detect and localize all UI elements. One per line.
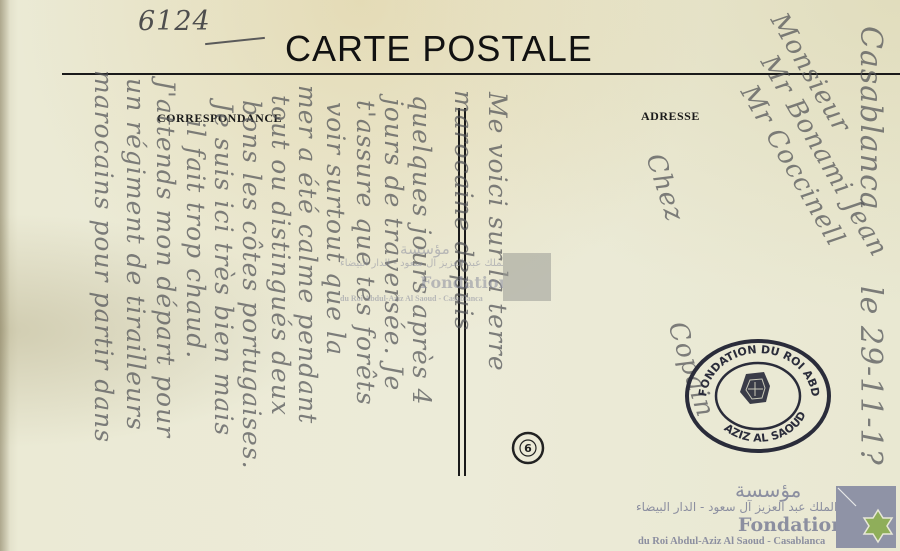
card-title: CARTE POSTALE xyxy=(285,28,593,70)
handwritten-address-line: Chez xyxy=(639,150,689,226)
handwritten-line: J'attends mon départ pour xyxy=(151,80,180,438)
postcard: 6124 CARTE POSTALE CORRESPONDANCE ADRESS… xyxy=(0,0,900,551)
handwritten-line: Me voici sur la terre xyxy=(483,92,512,372)
handwritten-line: t'assure que tes forêts xyxy=(351,100,380,406)
handwritten-line: un régiment de tirailleurs xyxy=(121,78,150,431)
address-label: ADRESSE xyxy=(641,109,700,124)
star-emblem-icon xyxy=(740,372,770,404)
handwritten-line: Je suis ici très bien mais xyxy=(209,102,238,436)
handwritten-line: marocains pour partir dans xyxy=(89,70,118,443)
handwritten-line: bons les côtes portugaises. xyxy=(237,100,266,470)
svg-text:6: 6 xyxy=(524,442,532,455)
publisher-mark-icon: 6 xyxy=(511,431,545,465)
handwritten-line: tout ou distingués deux xyxy=(266,95,295,416)
handwritten-place: Casablanca xyxy=(853,26,888,211)
handwritten-date: le 29-11-1? xyxy=(853,286,888,466)
handwritten-line: il fait trop chaud. xyxy=(181,120,210,359)
handwritten-line: voir surtout que la xyxy=(321,102,350,356)
svg-text:AZIZ AL SAOUD: AZIZ AL SAOUD xyxy=(722,409,809,445)
fondation-stamp: FONDATION DU ROI ABDUL- AZIZ AL SAOUD xyxy=(684,338,832,454)
reference-underline xyxy=(205,37,265,45)
handwritten-line: mer a été calme pendant xyxy=(293,85,322,424)
paper-edge-shadow xyxy=(0,0,10,551)
reference-number: 6124 xyxy=(138,6,211,37)
fondation-logo-icon xyxy=(836,486,896,548)
